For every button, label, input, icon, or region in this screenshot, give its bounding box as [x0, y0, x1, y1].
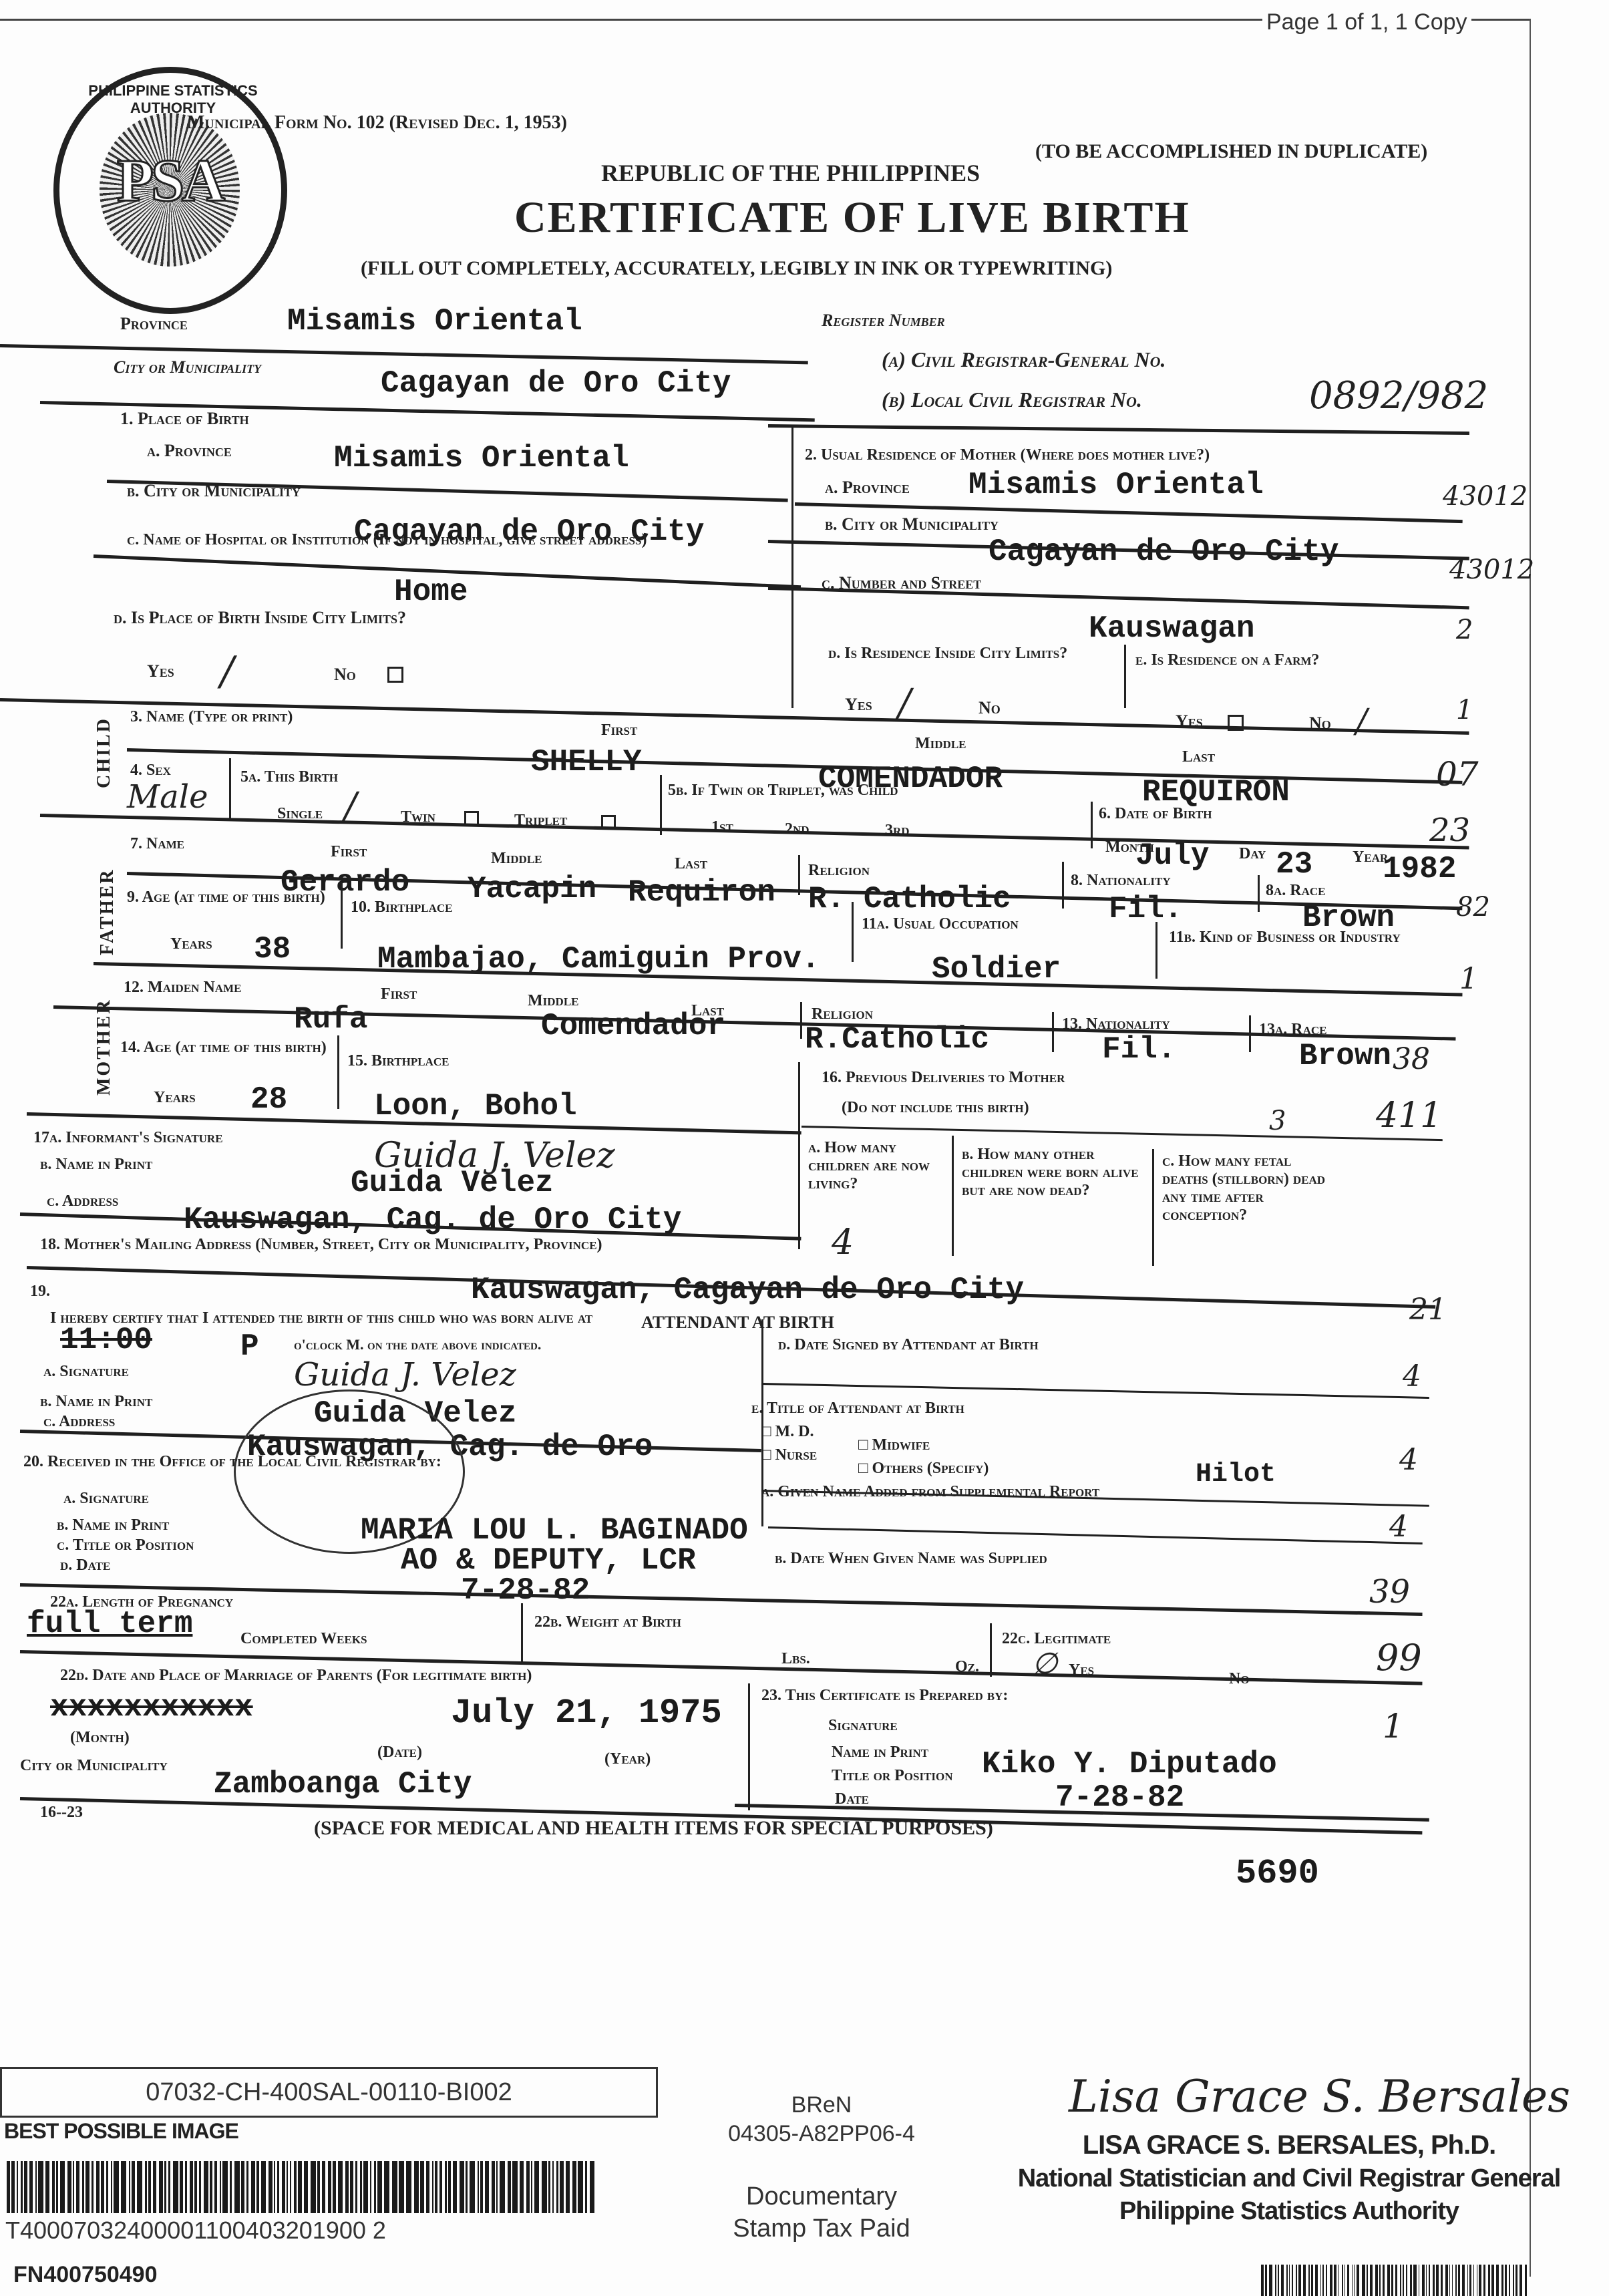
order-second: 2nd [785, 820, 810, 838]
registry-city-label: City or Municipality [114, 357, 261, 377]
marriage-date: July 21, 1975 [451, 1693, 722, 1733]
received-title-label: c. Title or Position [57, 1536, 194, 1554]
child-margin-code: 23 [1429, 812, 1470, 849]
marriage-day-label: (Date) [377, 1744, 422, 1762]
mother-birthplace: Loon, Bohol [374, 1089, 577, 1124]
stamp-line-2: Stamp Tax Paid [688, 2213, 955, 2245]
column-divider [229, 758, 231, 818]
prepared-margin-code: 1 [1383, 1707, 1404, 1746]
pob-hospital-label: c. Name of Hospital or Institution (If n… [127, 531, 647, 549]
informant-signature-label: 17a. Informant's Signature [33, 1129, 223, 1147]
psa-seal-icon: PSA PHILIPPINE STATISTICS AUTHORITY [53, 67, 287, 314]
column-divider [798, 1062, 800, 1249]
registry-province-label: Province [120, 314, 188, 334]
marriage-label: 22d. Date and Place of Marriage of Paren… [60, 1667, 532, 1685]
rule [761, 1383, 1429, 1399]
crg-number-label: (a) Civil Registrar-General No. [882, 347, 1166, 372]
pob-no-checkbox [387, 667, 403, 683]
registry-province-value: Misamis Oriental [287, 304, 582, 339]
received-margin-code: 39 [1369, 1573, 1410, 1611]
child-sex-value: Male [127, 778, 208, 816]
page-reference-number: 5690 [1236, 1854, 1319, 1893]
registrar-signature: Lisa Grace S. Bersales [1069, 2071, 1570, 2122]
mother-first-label: First [381, 985, 417, 1003]
marriage-year-label: (Year) [604, 1750, 651, 1768]
children-dead-label: b. How many other children were born ali… [962, 1146, 1139, 1200]
attendant-title-label: e. Title of Attendant at Birth [751, 1400, 964, 1418]
republic-heading: REPUBLIC OF THE PHILIPPINES [601, 159, 980, 187]
father-side-label: FATHER [97, 868, 118, 955]
mother-maiden-label: 12. Maiden Name [124, 979, 241, 997]
father-middle-label: Middle [491, 850, 542, 868]
date-signed-label: d. Date Signed by Attendant at Birth [778, 1336, 1039, 1354]
attendant-option-others: □ Others (Specify) [858, 1460, 989, 1478]
attendant-time: 11:00 [60, 1323, 152, 1357]
pob-hospital-value: Home [394, 575, 468, 609]
child-middle-label: Middle [915, 735, 966, 753]
mailing-address: Kauswagan, Cagayan de Oro City [471, 1273, 1024, 1307]
res-inside-city-label: d. Is Residence Inside City Limits? [828, 645, 1067, 663]
attendant-option-midwife: □ Midwife [858, 1436, 930, 1454]
father-middle-name: Yacapin [468, 872, 596, 907]
registrar-block: LISA GRACE S. BERSALES, Ph.D. National S… [1009, 2128, 1570, 2229]
received-date-label: d. Date [60, 1556, 110, 1575]
res-farm-no-check-icon: / [1356, 701, 1367, 740]
residence-label: 2. Usual Residence of Mother (Where does… [805, 446, 1210, 464]
informant-name-label: b. Name in Print [40, 1156, 152, 1174]
place-of-birth-label: 1. Place of Birth [120, 409, 249, 429]
previous-deliveries-note: (Do not include this birth) [842, 1099, 1029, 1117]
informant-address-label: c. Address [47, 1192, 118, 1210]
res-city-label: b. City or Municipality [825, 514, 999, 534]
option-nurse-label: Nurse [775, 1446, 818, 1464]
attendant-margin-code: 4 [1399, 1443, 1418, 1477]
column-divider [1091, 802, 1093, 848]
child-margin-code: 07 [1436, 755, 1479, 794]
mother-age: 28 [250, 1082, 287, 1117]
mailing-address-label: 18. Mother's Mailing Address (Number, St… [40, 1236, 602, 1254]
rule [768, 1526, 1423, 1544]
father-age-label: 9. Age (at time of this birth) [127, 888, 325, 907]
control-number: 07032-CH-400SAL-00110-BI002 [146, 2078, 512, 2107]
given-name-added-label: a. Given Name Added from Supplemental Re… [761, 1483, 1099, 1501]
attendant-signature-label: a. Signature [43, 1363, 129, 1381]
mother-margin-code: 411 [1376, 1096, 1442, 1136]
column-divider [1152, 1149, 1154, 1266]
attendant-meridiem: P [240, 1329, 259, 1364]
order-third: 3rd [885, 822, 910, 840]
res-margin-code: 2 [1456, 615, 1473, 645]
dob-day-label: Day [1239, 845, 1266, 863]
father-industry-label: 11b. Kind of Business or Industry [1169, 929, 1449, 947]
registrar-agency: Philippine Statistics Authority [1009, 2195, 1570, 2228]
father-margin-code: 1 [1459, 962, 1478, 996]
order-first: 1st [711, 818, 733, 836]
prepared-signature-label: Signature [828, 1717, 898, 1735]
attendant-option-nurse: □ Nurse [761, 1446, 817, 1464]
father-name-label: 7. Name [130, 835, 184, 853]
column-divider [521, 1603, 523, 1663]
duplicate-note: (TO BE ACCOMPLISHED IN DUPLICATE) [1035, 140, 1427, 163]
marriage-ref: 16--23 [40, 1804, 83, 1822]
column-divider [952, 1136, 954, 1256]
pob-province-value: Misamis Oriental [334, 441, 629, 476]
page-right-border [1530, 19, 1531, 2277]
marriage-city-label: City or Municipality [20, 1757, 168, 1775]
marriage-city: Zamboanga City [214, 1767, 472, 1802]
dob-day-value: 23 [1276, 847, 1312, 882]
option-md-label: M. D. [775, 1423, 814, 1440]
barcode-icon [1261, 2265, 1528, 2296]
received-name-label: b. Name in Print [57, 1516, 169, 1534]
res-farm-label: e. Is Residence on a Farm? [1135, 651, 1319, 669]
father-race-label: 8a. Race [1266, 882, 1326, 900]
prepared-name-label: Name in Print [832, 1744, 928, 1762]
mother-religion-label: Religion [812, 1005, 873, 1023]
legitimate-label: 22c. Legitimate [1002, 1630, 1111, 1648]
lcr-number-label: (b) Local Civil Registrar No. [882, 387, 1142, 412]
bren-block: BReN 04305-A82PP06-4 [688, 2091, 955, 2148]
father-age: 38 [254, 932, 291, 967]
dob-label: 6. Date of Birth [1099, 805, 1212, 823]
register-number-label: Register Number [822, 311, 945, 331]
marriage-struck-value: xxxxxxxxxxx [50, 1690, 253, 1725]
column-divider [337, 1035, 339, 1109]
father-age-years-label: Years [170, 935, 212, 953]
attendant-certify-tail: o'clock M. on the date above indicated. [294, 1336, 541, 1353]
res-inside-yes-label: Yes [845, 695, 872, 715]
res-margin-code: 1 [1456, 695, 1473, 725]
special-purposes-note: (SPACE FOR MEDICAL AND HEALTH ITEMS FOR … [314, 1817, 993, 1840]
mother-age-years-label: Years [154, 1089, 196, 1107]
stamp-tax-block: Documentary Stamp Tax Paid [688, 2181, 955, 2245]
registrar-name: LISA GRACE S. BERSALES, Ph.D. [1009, 2128, 1570, 2162]
res-street-value: Kauswagan [1089, 611, 1254, 646]
option-midwife-label: Midwife [872, 1436, 930, 1454]
father-last-label: Last [675, 855, 707, 873]
mother-margin-code: 38 [1393, 1042, 1430, 1076]
registrar-title: National Statistician and Civil Registra… [1009, 2162, 1570, 2195]
bren-label: BReN [688, 2091, 955, 2120]
received-signature-label: a. Signature [63, 1490, 149, 1508]
rule [40, 814, 1469, 850]
pregnancy-length-value: full term [27, 1607, 192, 1641]
mother-birthplace-label: 15. Birthplace [347, 1052, 449, 1070]
attendant-option-md: □ M. D. [761, 1423, 814, 1441]
option-others-label: Others (Specify) [872, 1460, 989, 1477]
registry-city-value: Cagayan de Oro City [381, 366, 731, 401]
previous-deliveries-label: 16. Previous Deliveries to Mother [822, 1069, 1065, 1087]
pob-yes-label: Yes [147, 661, 174, 681]
pob-yes-check-icon: / [220, 648, 234, 695]
attendant-section-title: ATTENDANT AT BIRTH [641, 1313, 834, 1333]
attendant-address-label: c. Address [43, 1413, 115, 1431]
father-birthplace-label: 10. Birthplace [351, 898, 452, 917]
pob-no-label: No [334, 665, 356, 685]
informant-margin-code: 21 [1409, 1293, 1447, 1327]
rule [53, 1005, 1456, 1041]
column-divider [1062, 862, 1064, 909]
marriage-month-label: (Month) [70, 1729, 130, 1747]
column-divider [1124, 645, 1126, 708]
birth-certificate-page: Page 1 of 1, 1 Copy PSA PHILIPPINE STATI… [0, 0, 1609, 2296]
column-divider [1258, 875, 1260, 912]
certificate-title: CERTIFICATE OF LIVE BIRTH [514, 192, 1190, 243]
form-instructions: (FILL OUT COMPLETELY, ACCURATELY, LEGIBL… [361, 257, 1112, 280]
child-side-label: CHILD [94, 717, 115, 788]
father-nationality-label: 8. Nationality [1071, 872, 1171, 890]
dob-month-value: July [1135, 838, 1209, 873]
received-date: 7-28-82 [461, 1573, 590, 1608]
lcr-number-value: 0892/982 [1309, 374, 1488, 418]
attendant-other-value: Hilot [1196, 1460, 1276, 1490]
fetal-deaths-label: c. How many fetal deaths (stillborn) dea… [1162, 1152, 1336, 1224]
father-first-label: First [331, 843, 367, 861]
prepared-date: 7-28-82 [1055, 1780, 1184, 1815]
weight-label: 22b. Weight at Birth [534, 1613, 681, 1631]
father-last-name: Requiron [628, 875, 775, 910]
bren-number: 04305-A82PP06-4 [688, 2120, 955, 2148]
res-inside-no-label: No [978, 698, 1001, 718]
rule [768, 587, 1469, 609]
pregnancy-margin-code: 99 [1376, 1637, 1422, 1679]
child-last-label: Last [1182, 748, 1215, 766]
best-possible-image-label: BEST POSSIBLE IMAGE [4, 2119, 238, 2144]
fn-number: FN400750490 [13, 2262, 158, 2288]
children-living-label: a. How many children are now living? [808, 1139, 948, 1193]
mother-side-label: MOTHER [94, 998, 115, 1096]
child-first-label: First [601, 721, 637, 740]
mother-first-name: Rufa [294, 1002, 367, 1037]
column-divider [748, 1683, 750, 1810]
res-province-label: a. Province [825, 478, 910, 498]
received-margin-code: 4 [1389, 1510, 1408, 1544]
res-province-value: Misamis Oriental [968, 468, 1264, 502]
pob-inside-city-label: d. Is Place of Birth Inside City Limits? [114, 608, 406, 628]
barcode-number: T40007032400001100403201900 2 [5, 2217, 386, 2245]
informant-name: Guida Velez [351, 1166, 554, 1200]
completed-weeks-label: Completed Weeks [240, 1630, 367, 1648]
form-number: Municipal Form No. 102 (Revised Dec. 1, … [187, 112, 567, 134]
child-sex-label: 4. Sex [130, 762, 171, 780]
rule [768, 424, 1469, 435]
father-occupation-label: 11a. Usual Occupation [862, 915, 1019, 933]
stamp-line-1: Documentary [688, 2181, 955, 2213]
column-divider [660, 775, 662, 835]
pob-province-label: a. Province [147, 441, 232, 461]
mother-middle-label: Middle [528, 992, 579, 1010]
twin-order-label: 5b. If Twin or Triplet, was Child [668, 782, 898, 800]
prepared-by-label: 23. This Certificate is Prepared by: [761, 1687, 1008, 1705]
this-birth-label: 5a. This Birth [240, 768, 338, 786]
column-divider [990, 1623, 992, 1677]
column-divider [791, 428, 793, 708]
children-living-value: 4 [832, 1222, 854, 1263]
attendant-name-label: b. Name in Print [40, 1393, 152, 1411]
seal-monogram: PSA [100, 146, 240, 215]
prepared-title-label: Title or Position [832, 1767, 953, 1785]
barcode-icon [7, 2161, 608, 2213]
attendant-signature: Guida J. Velez [294, 1356, 516, 1393]
res-margin-code: 43012 [1443, 481, 1528, 512]
father-religion-label: Religion [808, 862, 870, 880]
mother-race: Brown [1299, 1039, 1391, 1074]
mother-last-name: Comendador [541, 1009, 725, 1043]
lbs-label: Lbs. [781, 1650, 810, 1668]
prepared-name: Kiko Y. Diputado [982, 1747, 1277, 1782]
attendant-section-number: 19. [30, 1283, 50, 1301]
father-religion: R. Catholic [808, 882, 1011, 917]
column-divider [1155, 922, 1157, 979]
attendant-margin-code: 4 [1403, 1359, 1421, 1393]
control-number-box: 07032-CH-400SAL-00110-BI002 [0, 2067, 658, 2118]
column-divider [852, 902, 854, 962]
mother-margin-code: 3 [1269, 1106, 1286, 1136]
child-name-label: 3. Name (Type or print) [130, 708, 293, 726]
given-name-date-label: b. Date When Given Name was Supplied [775, 1550, 1047, 1568]
dob-year-value: 1982 [1383, 852, 1456, 886]
column-divider [1052, 1012, 1054, 1052]
column-divider [341, 882, 343, 949]
father-nationality: Fil. [1109, 892, 1182, 927]
page-count: Page 1 of 1, 1 Copy [1262, 9, 1471, 35]
mother-age-label: 14. Age (at time of this birth) [120, 1039, 327, 1057]
column-divider [800, 1002, 802, 1039]
mother-nationality: Fil. [1102, 1032, 1176, 1067]
